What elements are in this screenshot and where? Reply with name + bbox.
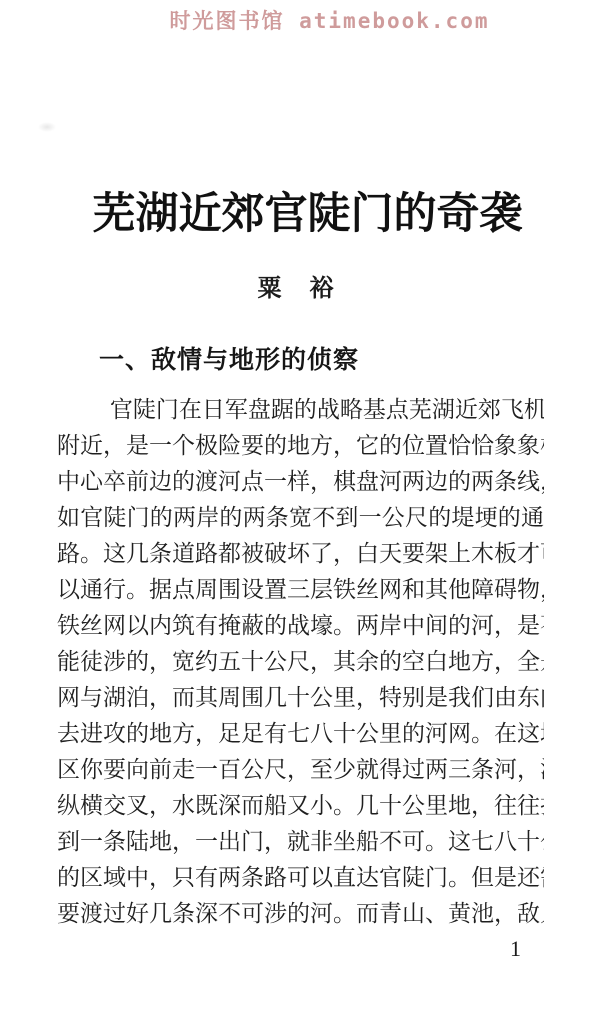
site-watermark: 时光图书馆 atimebook.com [0,5,593,35]
body-text-line: 以通行。据点周围设置三层铁丝网和其他障碍物， [57,572,544,608]
body-text-line: 路。这几条道路都被破坏了，白天要架上木板才可 [57,536,544,572]
body-text-line: 附近，是一个极险要的地方，它的位置恰恰象象棋盘 [57,428,544,464]
body-text-line: 要渡过好几条深不可涉的河。而青山、黄池，敌人的 [57,896,544,932]
body-paragraph: 官陡门在日军盘踞的战略基点芜湖近郊飞机场 附近，是一个极险要的地方，它的位置恰恰… [57,392,544,932]
scanned-book-page: 时光图书馆 atimebook.com 芜湖近郊官陡门的奇袭 粟 裕 一、敌情与… [0,0,593,1024]
body-text-line: 去进攻的地方，足足有七八十公里的河网。在这地 [57,716,544,752]
article-author: 粟 裕 [0,268,593,303]
body-text-line: 中心卒前边的渡河点一样，棋盘河两边的两条线，正 [57,464,544,500]
body-text-line: 纵横交叉，水既深而船又小。几十公里地，往往找不 [57,788,544,824]
body-text-line: 官陡门在日军盘踞的战略基点芜湖近郊飞机场 [57,392,544,428]
article-title: 芜湖近郊官陡门的奇袭 [0,180,593,241]
body-text-line: 网与湖泊，而其周围几十公里，特别是我们由东向西 [57,680,544,716]
body-text-line: 能徒涉的，宽约五十公尺，其余的空白地方，全是河 [57,644,544,680]
scan-smudge [38,122,56,132]
section-heading: 一、敌情与地形的侦察 [99,340,359,376]
body-text-line: 铁丝网以内筑有掩蔽的战壕。两岸中间的河，是不 [57,608,544,644]
body-text-line: 如官陡门的两岸的两条宽不到一公尺的堤埂的通 [57,500,544,536]
page-number: 1 [510,936,521,962]
body-text-line: 的区域中，只有两条路可以直达官陡门。但是还需 [57,860,544,896]
body-text-line: 区你要向前走一百公尺，至少就得过两三条河，河沟 [57,752,544,788]
body-text-line: 到一条陆地，一出门，就非坐船不可。这七八十公里 [57,824,544,860]
